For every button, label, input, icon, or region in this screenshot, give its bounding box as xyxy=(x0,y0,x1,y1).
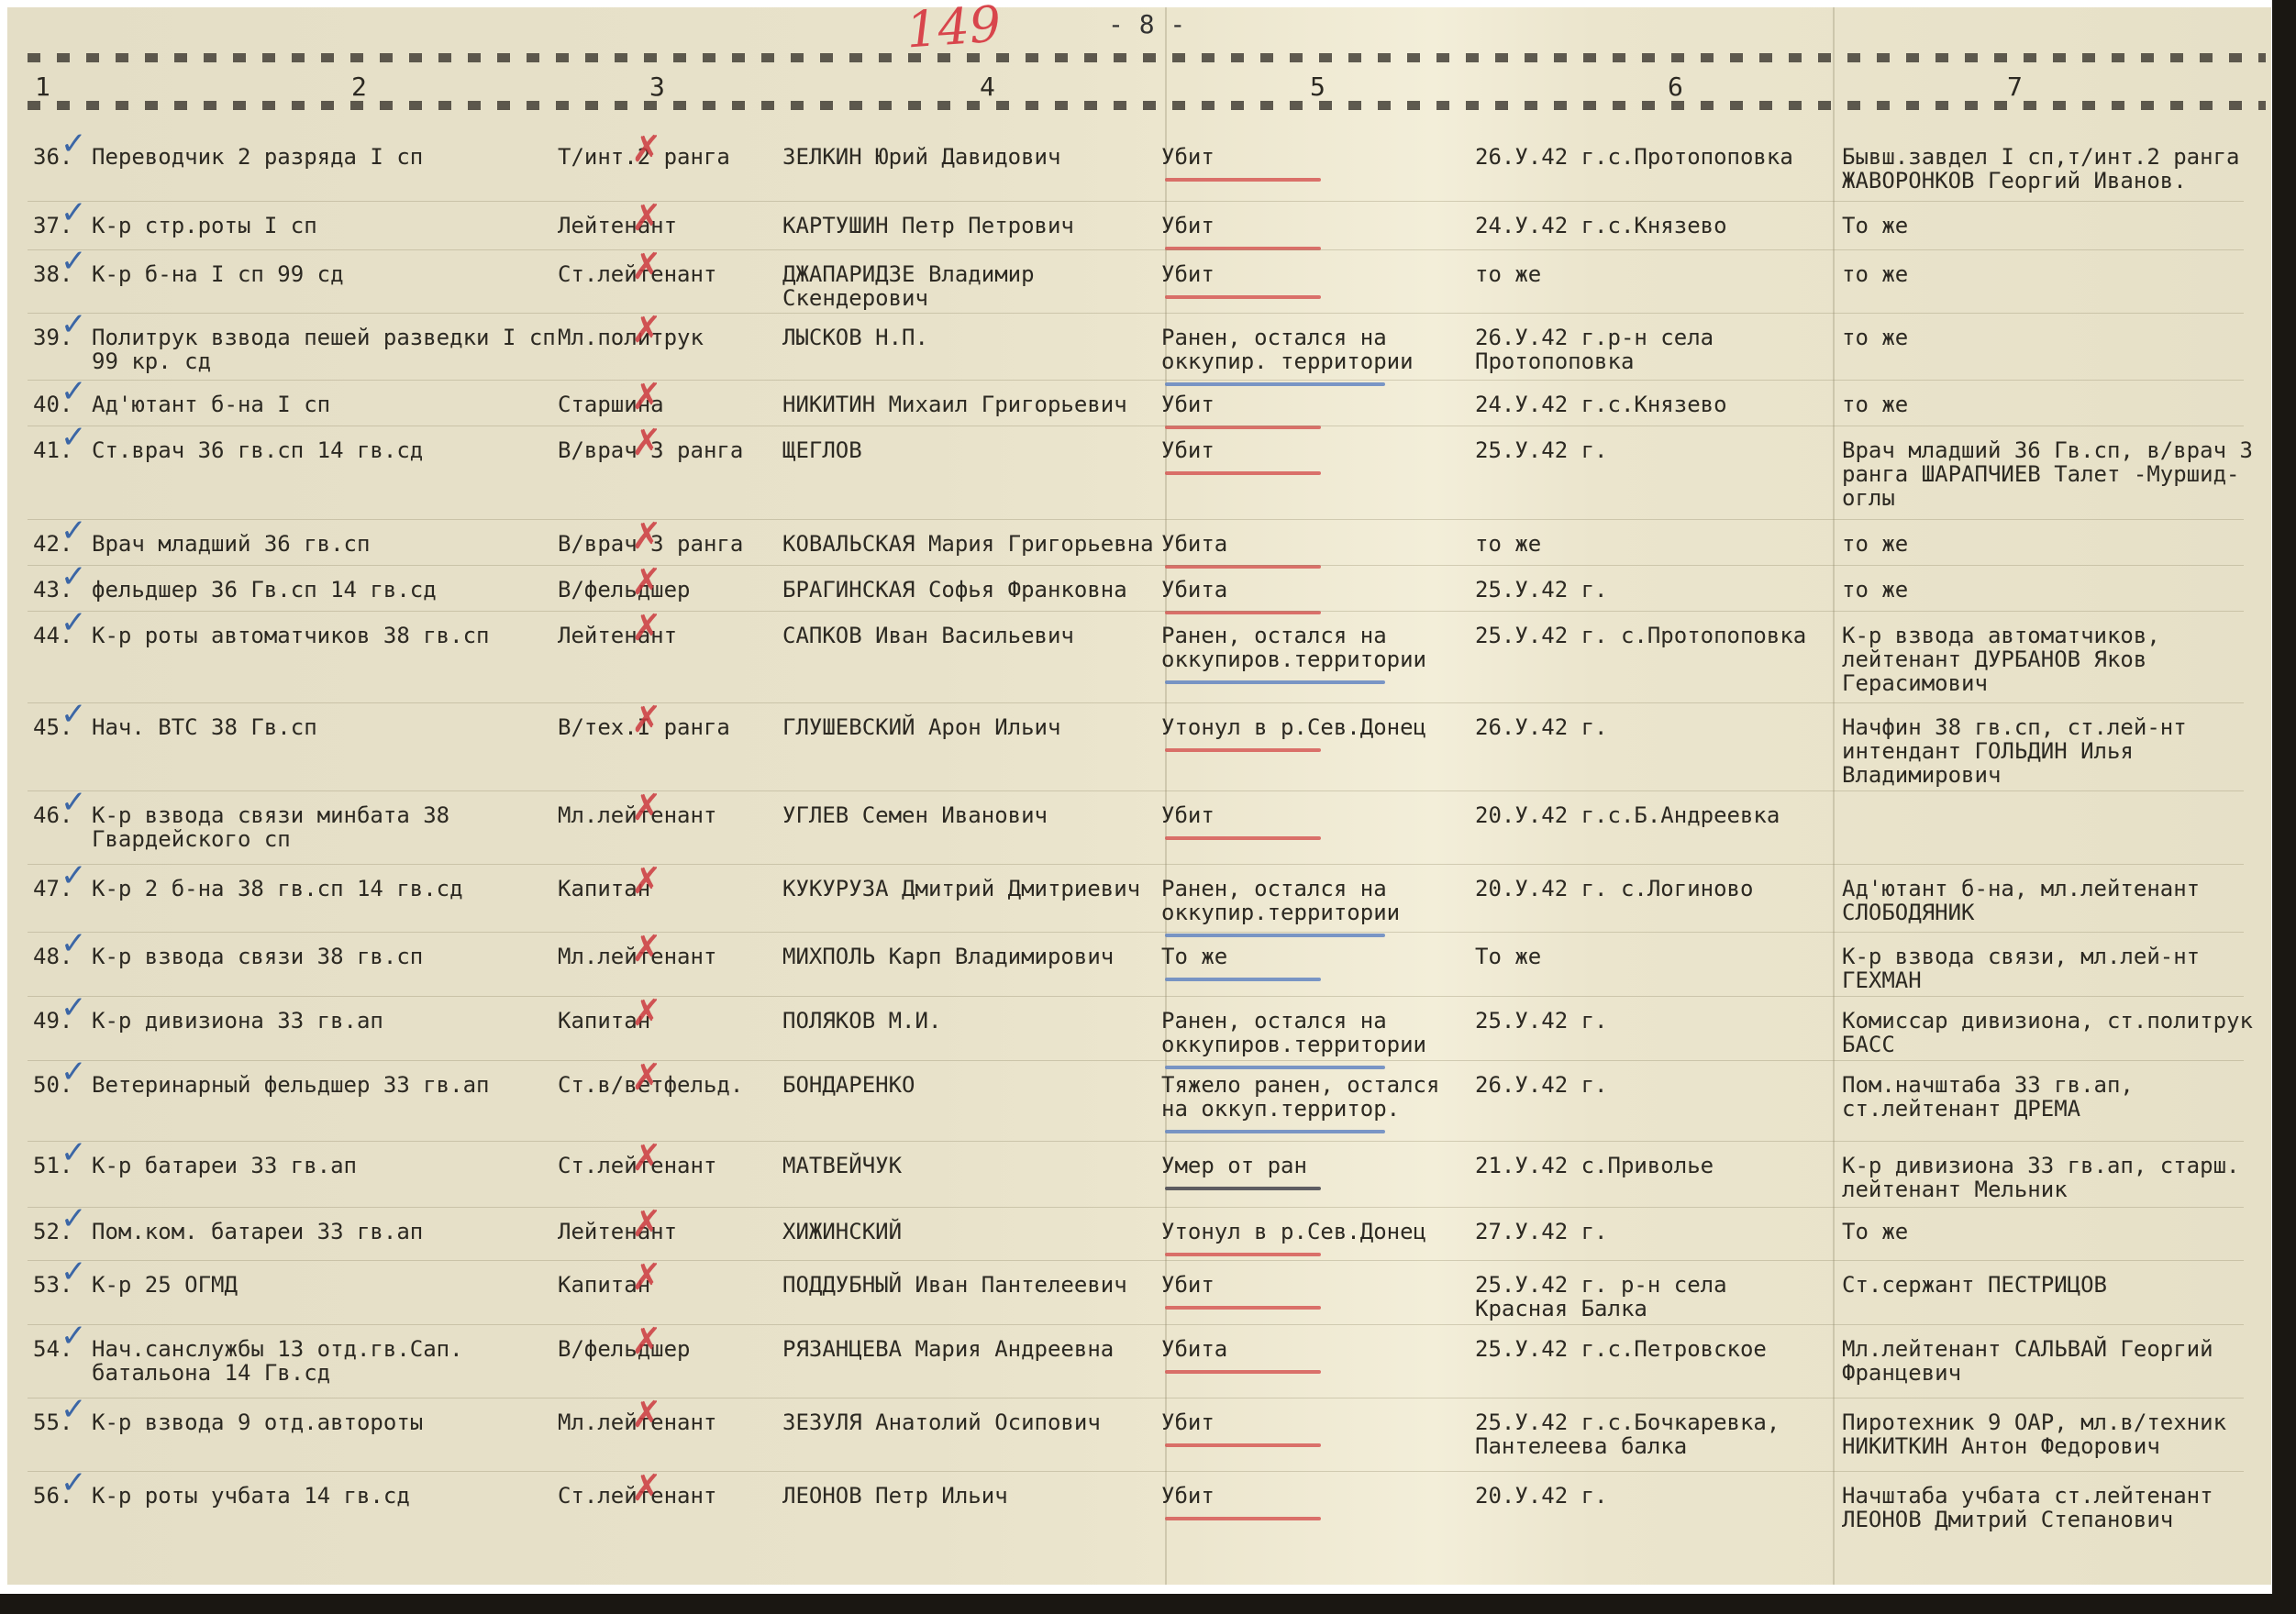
row-rule xyxy=(28,519,2244,520)
blue-check-icon: ✓ xyxy=(61,702,87,726)
red-cross-icon: ✗ xyxy=(631,796,662,820)
rank-cell: Старшина xyxy=(558,392,778,416)
rank-cell: В/врач 3 ранга xyxy=(558,532,778,556)
position-cell: Ветеринарный фельдшер 33 гв.ап xyxy=(92,1073,569,1097)
name-cell: ГЛУШЕВСКИЙ Арон Ильич xyxy=(782,715,1168,739)
rank-cell: Мл.лейтенант xyxy=(558,1410,778,1434)
position-cell: К-р б-на I сп 99 сд xyxy=(92,262,569,286)
fate-cell: То же xyxy=(1161,945,1464,968)
date-place-cell: то же xyxy=(1475,532,1833,556)
red-cross-icon: ✗ xyxy=(631,431,662,455)
fate-cell: Ранен, остался на оккупир. территории xyxy=(1161,326,1464,373)
red-cross-icon: ✗ xyxy=(631,1403,662,1427)
red-cross-icon: ✗ xyxy=(631,1001,662,1025)
blue-check-icon: ✓ xyxy=(61,1207,87,1231)
pencil-underline xyxy=(1165,680,1385,684)
blue-check-icon: ✓ xyxy=(61,1260,87,1284)
scan-edge xyxy=(0,1594,2296,1614)
replacement-cell: Пиротехник 9 ОАР, мл.в/техник НИКИТКИН А… xyxy=(1842,1410,2264,1458)
date-place-cell: 26.У.42 г. xyxy=(1475,1073,1833,1097)
position-cell: Пом.ком. батареи 33 гв.ап xyxy=(92,1220,569,1244)
date-place-cell: 20.У.42 г.с.Б.Андреевка xyxy=(1475,803,1833,827)
name-cell: БРАГИНСКАЯ Софья Франковна xyxy=(782,578,1168,602)
red-cross-icon: ✗ xyxy=(631,138,662,161)
rank-cell: Капитан xyxy=(558,877,778,901)
blue-check-icon: ✓ xyxy=(61,1060,87,1084)
archive-number: 149 xyxy=(904,0,1003,60)
row-rule xyxy=(28,611,2244,612)
row-rule xyxy=(28,932,2244,933)
date-place-cell: 25.У.42 г. xyxy=(1475,1009,1833,1033)
blue-check-icon: ✓ xyxy=(61,565,87,589)
rank-cell: Мл.лейтенант xyxy=(558,945,778,968)
red-cross-icon: ✗ xyxy=(631,570,662,594)
date-place-cell: 25.У.42 г. xyxy=(1475,438,1833,462)
red-cross-icon: ✗ xyxy=(631,1476,662,1500)
pencil-underline xyxy=(1165,836,1321,840)
red-cross-icon: ✗ xyxy=(631,869,662,893)
replacement-cell: то же xyxy=(1842,392,2264,416)
column-number-2: 2 xyxy=(351,72,367,102)
pencil-underline xyxy=(1165,978,1321,981)
replacement-cell: То же xyxy=(1842,1220,2264,1244)
column-number-3: 3 xyxy=(649,72,665,102)
name-cell: ПОЛЯКОВ М.И. xyxy=(782,1009,1168,1033)
replacement-cell: Начштаба учбата ст.лейтенант ЛЕОНОВ Дмит… xyxy=(1842,1484,2264,1531)
red-cross-icon: ✗ xyxy=(631,206,662,230)
blue-check-icon: ✓ xyxy=(61,1324,87,1348)
column-number-5: 5 xyxy=(1310,72,1325,102)
blue-check-icon: ✓ xyxy=(61,132,87,156)
rank-cell: Лейтенант xyxy=(558,624,778,647)
red-cross-icon: ✗ xyxy=(631,1066,662,1089)
replacement-cell: Мл.лейтенант САЛЬВАЙ Георгий Францевич xyxy=(1842,1337,2264,1385)
blue-check-icon: ✓ xyxy=(61,1141,87,1165)
position-cell: К-р 25 ОГМД xyxy=(92,1273,569,1297)
pencil-underline xyxy=(1165,1253,1321,1256)
date-place-cell: 24.У.42 г.с.Князево xyxy=(1475,214,1833,238)
rank-cell: Лейтенант xyxy=(558,1220,778,1244)
rank-cell: В/врач 3 ранга xyxy=(558,438,778,462)
name-cell: ЗЕЗУЛЯ Анатолий Осипович xyxy=(782,1410,1168,1434)
row-rule xyxy=(28,790,2244,791)
pencil-underline xyxy=(1165,178,1321,182)
blue-check-icon: ✓ xyxy=(61,519,87,543)
fate-cell: Ранен, остался на оккупир.территории xyxy=(1161,877,1464,924)
date-place-cell: 24.У.42 г.с.Князево xyxy=(1475,392,1833,416)
fate-cell: Убит xyxy=(1161,438,1464,462)
replacement-cell: то же xyxy=(1842,326,2264,349)
red-cross-icon: ✗ xyxy=(631,385,662,409)
red-cross-icon: ✗ xyxy=(631,1330,662,1354)
red-cross-icon: ✗ xyxy=(631,318,662,342)
rank-cell: В/тех.I ранга xyxy=(558,715,778,739)
fate-cell: Умер от ран xyxy=(1161,1154,1464,1177)
column-number-7: 7 xyxy=(2007,72,2023,102)
pencil-underline xyxy=(1165,295,1321,299)
row-rule xyxy=(28,201,2244,202)
fate-cell: Утонул в р.Сев.Донец xyxy=(1161,715,1464,739)
blue-check-icon: ✓ xyxy=(61,380,87,403)
position-cell: Политрук взвода пешей разведки I сп 99 к… xyxy=(92,326,569,373)
pencil-underline xyxy=(1165,382,1385,386)
rank-cell: В/фельдшер xyxy=(558,578,778,602)
pencil-underline xyxy=(1165,934,1385,937)
position-cell: К-р дивизиона 33 гв.ап xyxy=(92,1009,569,1033)
pencil-underline xyxy=(1165,1187,1321,1190)
blue-check-icon: ✓ xyxy=(61,864,87,888)
position-cell: Переводчик 2 разряда I сп xyxy=(92,145,569,169)
red-cross-icon: ✗ xyxy=(631,708,662,732)
rank-cell: Лейтенант xyxy=(558,214,778,238)
pencil-underline xyxy=(1165,1130,1385,1133)
replacement-cell: то же xyxy=(1842,262,2264,286)
fate-cell: Убита xyxy=(1161,1337,1464,1361)
fold-line xyxy=(1833,7,1835,1585)
name-cell: ЛЫСКОВ Н.П. xyxy=(782,326,1168,349)
name-cell: ХИЖИНСКИЙ xyxy=(782,1220,1168,1244)
rank-cell: Мл.лейтенант xyxy=(558,803,778,827)
position-cell: К-р роты автоматчиков 38 гв.сп xyxy=(92,624,569,647)
date-place-cell: 20.У.42 г. xyxy=(1475,1484,1833,1508)
date-place-cell: 25.У.42 г.с.Бочкаревка, Пантелеева балка xyxy=(1475,1410,1833,1458)
fate-cell: Убита xyxy=(1161,532,1464,556)
header-rule-top xyxy=(28,53,2266,62)
fate-cell: Убит xyxy=(1161,145,1464,169)
name-cell: ЗЕЛКИН Юрий Давидович xyxy=(782,145,1168,169)
fate-cell: Тяжело ранен, остался на оккуп.территор. xyxy=(1161,1073,1464,1121)
name-cell: МИХПОЛЬ Карп Владимирович xyxy=(782,945,1168,968)
pencil-underline xyxy=(1165,748,1321,752)
date-place-cell: 27.У.42 г. xyxy=(1475,1220,1833,1244)
row-rule xyxy=(28,313,2244,314)
blue-check-icon: ✓ xyxy=(61,996,87,1020)
name-cell: РЯЗАНЦЕВА Мария Андреевна xyxy=(782,1337,1168,1361)
position-cell: К-р взвода 9 отд.автороты xyxy=(92,1410,569,1434)
row-rule xyxy=(28,1060,2244,1061)
rank-cell: Т/инт.2 ранга xyxy=(558,145,778,169)
date-place-cell: То же xyxy=(1475,945,1833,968)
header-rule-bottom xyxy=(28,101,2266,110)
date-place-cell: 25.У.42 г. с.Протопоповка xyxy=(1475,624,1833,647)
position-cell: Ад'ютант б-на I сп xyxy=(92,392,569,416)
row-rule xyxy=(28,380,2244,381)
date-place-cell: 25.У.42 г.с.Петровское xyxy=(1475,1337,1833,1361)
name-cell: КОВАЛЬСКАЯ Мария Григорьевна xyxy=(782,532,1168,556)
rank-cell: Ст.лейтенант xyxy=(558,1154,778,1177)
position-cell: К-р стр.роты I сп xyxy=(92,214,569,238)
fate-cell: Убит xyxy=(1161,392,1464,416)
row-rule xyxy=(28,1324,2244,1325)
fate-cell: Убит xyxy=(1161,1484,1464,1508)
date-place-cell: 26.У.42 г.р-н села Протопоповка xyxy=(1475,326,1833,373)
fate-cell: Убит xyxy=(1161,1410,1464,1434)
red-cross-icon: ✗ xyxy=(631,1212,662,1236)
replacement-cell: К-р взвода автоматчиков, лейтенант ДУРБА… xyxy=(1842,624,2264,695)
page-marker: - 8 - xyxy=(1108,9,1185,39)
blue-check-icon: ✓ xyxy=(61,249,87,273)
fate-cell: Убит xyxy=(1161,1273,1464,1297)
rank-cell: Ст.в/ветфельд. xyxy=(558,1073,778,1097)
position-cell: Врач младший 36 гв.сп xyxy=(92,532,569,556)
scan-edge xyxy=(2272,0,2296,1614)
blue-check-icon: ✓ xyxy=(61,790,87,814)
pencil-underline xyxy=(1165,1306,1321,1310)
row-rule xyxy=(28,1398,2244,1398)
rank-cell: Капитан xyxy=(558,1009,778,1033)
fate-cell: Убит xyxy=(1161,214,1464,238)
replacement-cell: Бывш.завдел I сп,т/инт.2 ранга ЖАВОРОНКО… xyxy=(1842,145,2264,193)
red-cross-icon: ✗ xyxy=(631,1266,662,1289)
position-cell: Нач. ВТС 38 Гв.сп xyxy=(92,715,569,739)
row-rule xyxy=(28,426,2244,426)
position-cell: Ст.врач 36 гв.сп 14 гв.сд xyxy=(92,438,569,462)
date-place-cell: 26.У.42 г. xyxy=(1475,715,1833,739)
column-number-4: 4 xyxy=(980,72,995,102)
row-rule xyxy=(28,565,2244,566)
position-cell: фельдшер 36 Гв.сп 14 гв.сд xyxy=(92,578,569,602)
date-place-cell: то же xyxy=(1475,262,1833,286)
replacement-cell: К-р дивизиона 33 гв.ап, старш. лейтенант… xyxy=(1842,1154,2264,1201)
fate-cell: Убит xyxy=(1161,262,1464,286)
fate-cell: Убит xyxy=(1161,803,1464,827)
name-cell: ЩЕГЛОВ xyxy=(782,438,1168,462)
position-cell: Нач.санслужбы 13 отд.гв.Сап. батальона 1… xyxy=(92,1337,569,1385)
pencil-underline xyxy=(1165,1443,1321,1447)
replacement-cell: то же xyxy=(1842,578,2264,602)
replacement-cell: Комиссар дивизиона, ст.политрук БАСС xyxy=(1842,1009,2264,1056)
row-rule xyxy=(28,996,2244,997)
rank-cell: Ст.лейтенант xyxy=(558,1484,778,1508)
row-rule xyxy=(28,702,2244,703)
replacement-cell: Врач младший 36 Гв.сп, в/врач 3 ранга ША… xyxy=(1842,438,2264,510)
fate-cell: Ранен, остался на оккупиров.территории xyxy=(1161,1009,1464,1056)
name-cell: КАРТУШИН Петр Петрович xyxy=(782,214,1168,238)
position-cell: К-р роты учбата 14 гв.сд xyxy=(92,1484,569,1508)
replacement-cell: Ад'ютант б-на, мл.лейтенант СЛОБОДЯНИК xyxy=(1842,877,2264,924)
name-cell: БОНДАРЕНКО xyxy=(782,1073,1168,1097)
pencil-underline xyxy=(1165,471,1321,475)
rank-cell: Капитан xyxy=(558,1273,778,1297)
position-cell: К-р 2 б-на 38 гв.сп 14 гв.сд xyxy=(92,877,569,901)
blue-check-icon: ✓ xyxy=(61,1398,87,1421)
row-rule xyxy=(28,864,2244,865)
row-rule xyxy=(28,1471,2244,1472)
name-cell: УГЛЕВ Семен Иванович xyxy=(782,803,1168,827)
row-rule xyxy=(28,1207,2244,1208)
date-place-cell: 26.У.42 г.с.Протопоповка xyxy=(1475,145,1833,169)
position-cell: К-р взвода связи 38 гв.сп xyxy=(92,945,569,968)
position-cell: К-р батареи 33 гв.ап xyxy=(92,1154,569,1177)
name-cell: ЛЕОНОВ Петр Ильич xyxy=(782,1484,1168,1508)
pencil-underline xyxy=(1165,1066,1385,1069)
blue-check-icon: ✓ xyxy=(61,313,87,337)
red-cross-icon: ✗ xyxy=(631,525,662,548)
name-cell: ПОДДУБНЫЙ Иван Пантелеевич xyxy=(782,1273,1168,1297)
blue-check-icon: ✓ xyxy=(61,1471,87,1495)
red-cross-icon: ✗ xyxy=(631,616,662,640)
blue-check-icon: ✓ xyxy=(61,426,87,449)
blue-check-icon: ✓ xyxy=(61,932,87,956)
name-cell: КУКУРУЗА Дмитрий Дмитриевич xyxy=(782,877,1168,901)
row-rule xyxy=(28,1141,2244,1142)
document-sheet: 149 - 8 - 1 2 3 4 5 6 7 36.Переводчик 2 … xyxy=(7,7,2271,1585)
rank-cell: В/фельдшер xyxy=(558,1337,778,1361)
column-number-1: 1 xyxy=(35,72,50,102)
fate-cell: Утонул в р.Сев.Донец xyxy=(1161,1220,1464,1244)
blue-check-icon: ✓ xyxy=(61,611,87,635)
replacement-cell: Ст.сержант ПЕСТРИЦОВ xyxy=(1842,1273,2264,1297)
red-cross-icon: ✗ xyxy=(631,937,662,961)
replacement-cell: Начфин 38 гв.сп, ст.лей-нт интендант ГОЛ… xyxy=(1842,715,2264,787)
date-place-cell: 25.У.42 г. xyxy=(1475,578,1833,602)
column-number-6: 6 xyxy=(1668,72,1683,102)
date-place-cell: 21.У.42 с.Приволье xyxy=(1475,1154,1833,1177)
replacement-cell: То же xyxy=(1842,214,2264,238)
row-rule xyxy=(28,249,2244,250)
red-cross-icon: ✗ xyxy=(631,1146,662,1170)
replacement-cell: К-р взвода связи, мл.лей-нт ГЕХМАН xyxy=(1842,945,2264,992)
date-place-cell: 25.У.42 г. р-н села Красная Балка xyxy=(1475,1273,1833,1321)
pencil-underline xyxy=(1165,1517,1321,1520)
blue-check-icon: ✓ xyxy=(61,201,87,225)
rank-cell: Ст.лейтенант xyxy=(558,262,778,286)
name-cell: САПКОВ Иван Васильевич xyxy=(782,624,1168,647)
row-rule xyxy=(28,1260,2244,1261)
pencil-underline xyxy=(1165,1370,1321,1374)
replacement-cell: Пом.начштаба 33 гв.ап, ст.лейтенант ДРЕМ… xyxy=(1842,1073,2264,1121)
name-cell: ДЖАПАРИДЗЕ Владимир Скендерович xyxy=(782,262,1168,310)
rank-cell: Мл.политрук xyxy=(558,326,778,349)
name-cell: НИКИТИН Михаил Григорьевич xyxy=(782,392,1168,416)
fate-cell: Ранен, остался на оккупиров.территории xyxy=(1161,624,1464,671)
date-place-cell: 20.У.42 г. с.Логиново xyxy=(1475,877,1833,901)
position-cell: К-р взвода связи минбата 38 Гвардейского… xyxy=(92,803,569,851)
red-cross-icon: ✗ xyxy=(631,255,662,279)
name-cell: МАТВЕЙЧУК xyxy=(782,1154,1168,1177)
replacement-cell: то же xyxy=(1842,532,2264,556)
fate-cell: Убита xyxy=(1161,578,1464,602)
